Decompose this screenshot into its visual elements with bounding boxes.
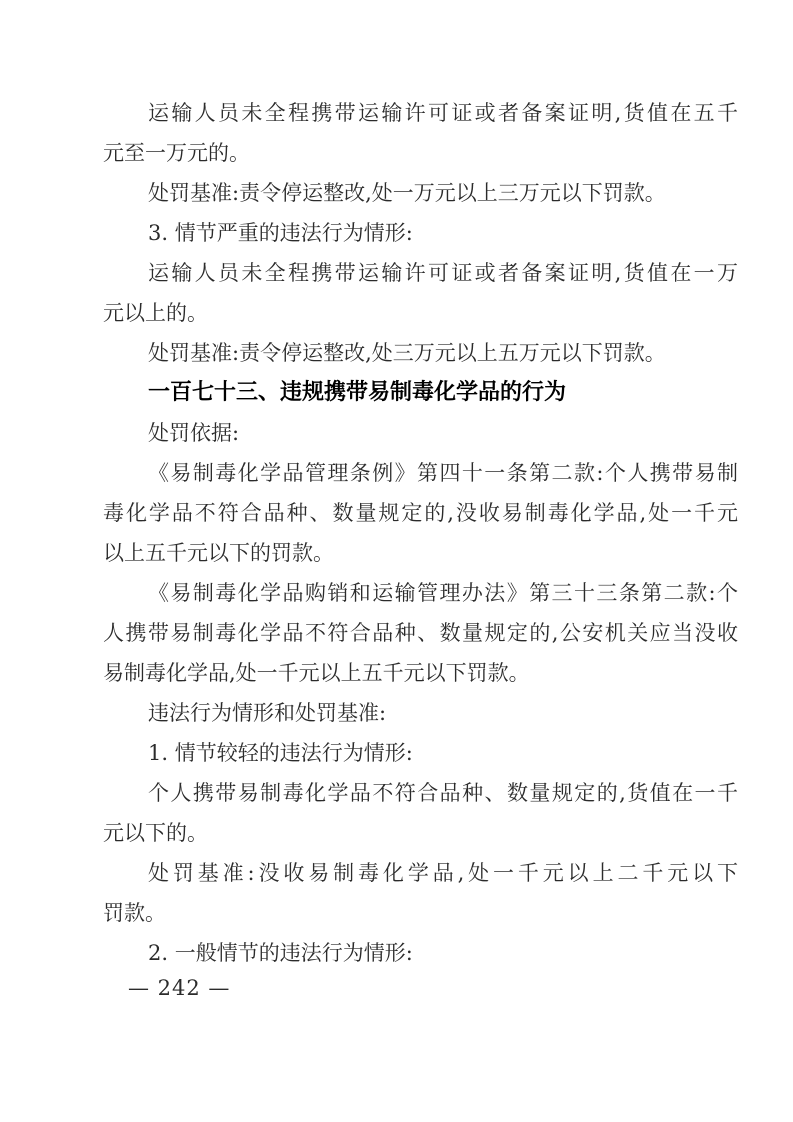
text-line: 个人携带易制毒化学品不符合品种、数量规定的,货值在一千	[103, 773, 738, 813]
text-line: 毒化学品不符合品种、数量规定的,没收易制毒化学品,处一千元	[103, 493, 738, 533]
text-line: 罚款。	[103, 893, 738, 933]
page-number: — 242 —	[128, 968, 230, 1008]
text-line: 2. 一般情节的违法行为情形:	[103, 933, 738, 973]
text-line: 1. 情节较轻的违法行为情形:	[103, 733, 738, 773]
text-line: 《易制毒化学品购销和运输管理办法》第三十三条第二款:个	[103, 573, 738, 613]
text-line: 元以上的。	[103, 293, 738, 333]
text-line: 处罚基准:责令停运整改,处三万元以上五万元以下罚款。	[103, 333, 738, 373]
page-text-block: 运输人员未全程携带运输许可证或者备案证明,货值在五千元至一万元的。处罚基准:责令…	[103, 93, 738, 973]
text-line: 元至一万元的。	[103, 133, 738, 173]
text-line: 处罚基准:责令停运整改,处一万元以上三万元以下罚款。	[103, 173, 738, 213]
text-line: 人携带易制毒化学品不符合品种、数量规定的,公安机关应当没收	[103, 613, 738, 653]
text-line: 处罚依据:	[103, 413, 738, 453]
text-line: 以上五千元以下的罚款。	[103, 533, 738, 573]
text-line: 运输人员未全程携带运输许可证或者备案证明,货值在五千	[103, 93, 738, 133]
section-heading: 一百七十三、违规携带易制毒化学品的行为	[103, 373, 738, 413]
text-line: 3. 情节严重的违法行为情形:	[103, 213, 738, 253]
text-line: 处罚基准:没收易制毒化学品,处一千元以上二千元以下	[103, 853, 738, 893]
text-line: 元以下的。	[103, 813, 738, 853]
text-line: 易制毒化学品,处一千元以上五千元以下罚款。	[103, 653, 738, 693]
document-page: 运输人员未全程携带运输许可证或者备案证明,货值在五千元至一万元的。处罚基准:责令…	[0, 0, 793, 1122]
text-line: 违法行为情形和处罚基准:	[103, 693, 738, 733]
text-line: 《易制毒化学品管理条例》第四十一条第二款:个人携带易制	[103, 453, 738, 493]
text-line: 运输人员未全程携带运输许可证或者备案证明,货值在一万	[103, 253, 738, 293]
